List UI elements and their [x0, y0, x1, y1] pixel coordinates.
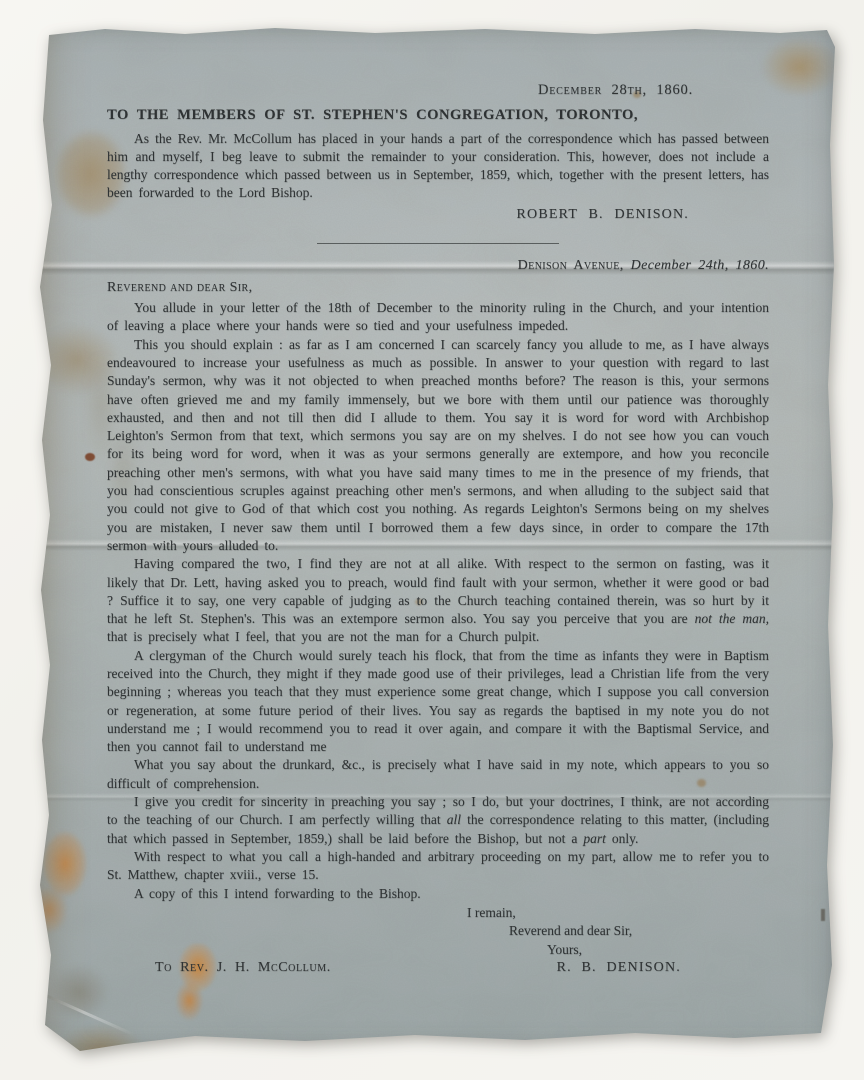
closing-line-yours: Yours, — [107, 941, 769, 960]
letter2-paragraph-4: A clergyman of the Church would surely t… — [107, 647, 769, 757]
letter-content: December 28th, 1860. TO THE MEMBERS OF S… — [35, 25, 835, 1051]
closing-line-reverend: Reverend and dear Sir, — [107, 922, 769, 941]
paper-shadow-wrap: December 28th, 1860. TO THE MEMBERS OF S… — [35, 25, 835, 1051]
letter1-signature: ROBERT B. DENISON. — [107, 206, 769, 224]
letter2-addressee: To Rev. J. H. McCollum. — [155, 959, 331, 978]
paper-sheet: December 28th, 1860. TO THE MEMBERS OF S… — [35, 25, 835, 1051]
letter2-paragraph-7: With respect to what you call a high-han… — [107, 848, 769, 885]
letter1-dateline: December 28th, 1860. — [107, 81, 769, 99]
paragraph-6-run-e: only. — [606, 831, 638, 846]
letter2-paragraph-8: A copy of this I intend forwarding to th… — [107, 885, 769, 903]
closing-line-i-remain: I remain, — [107, 904, 769, 923]
closing-block: I remain, Reverend and dear Sir, Yours, … — [107, 904, 769, 978]
section-divider-rule — [317, 243, 559, 244]
letter2-paragraph-5: What you say about the drunkard, &c., is… — [107, 756, 769, 793]
letter2-paragraph-1: You allude in your letter of the 18th of… — [107, 299, 769, 336]
scanned-letter-page: December 28th, 1860. TO THE MEMBERS OF S… — [0, 0, 864, 1080]
letter2-place: Denison Avenue, — [518, 258, 624, 273]
paragraph-3-run-italic: not the man, — [695, 611, 769, 626]
letter1-body-paragraph: As the Rev. Mr. McCollum has placed in y… — [107, 130, 769, 203]
letter2-date: December 24th, 1860. — [631, 258, 769, 273]
signature-row: To Rev. J. H. McCollum. R. B. DENISON. — [107, 959, 769, 978]
letter2-dateline: Denison Avenue, December 24th, 1860. — [107, 257, 769, 275]
letter2-paragraph-6: I give you credit for sincerity in preac… — [107, 793, 769, 848]
letter2-paragraph-2: This you should explain : as far as I am… — [107, 336, 769, 556]
letter1-heading: TO THE MEMBERS OF ST. STEPHEN'S CONGREGA… — [107, 106, 769, 124]
paragraph-6-run-italic-part: part — [583, 831, 606, 846]
letter2-salutation: Reverend and dear Sir, — [107, 279, 769, 297]
letter2-signature: R. B. DENISON. — [557, 959, 681, 978]
paragraph-3-run-a: Having compared the two, I find they are… — [107, 556, 769, 626]
paragraph-6-run-italic-all: all — [447, 812, 461, 827]
paragraph-3-run-c: that is precisely what I feel, that you … — [107, 629, 539, 644]
letter2-paragraph-3: Having compared the two, I find they are… — [107, 555, 769, 646]
